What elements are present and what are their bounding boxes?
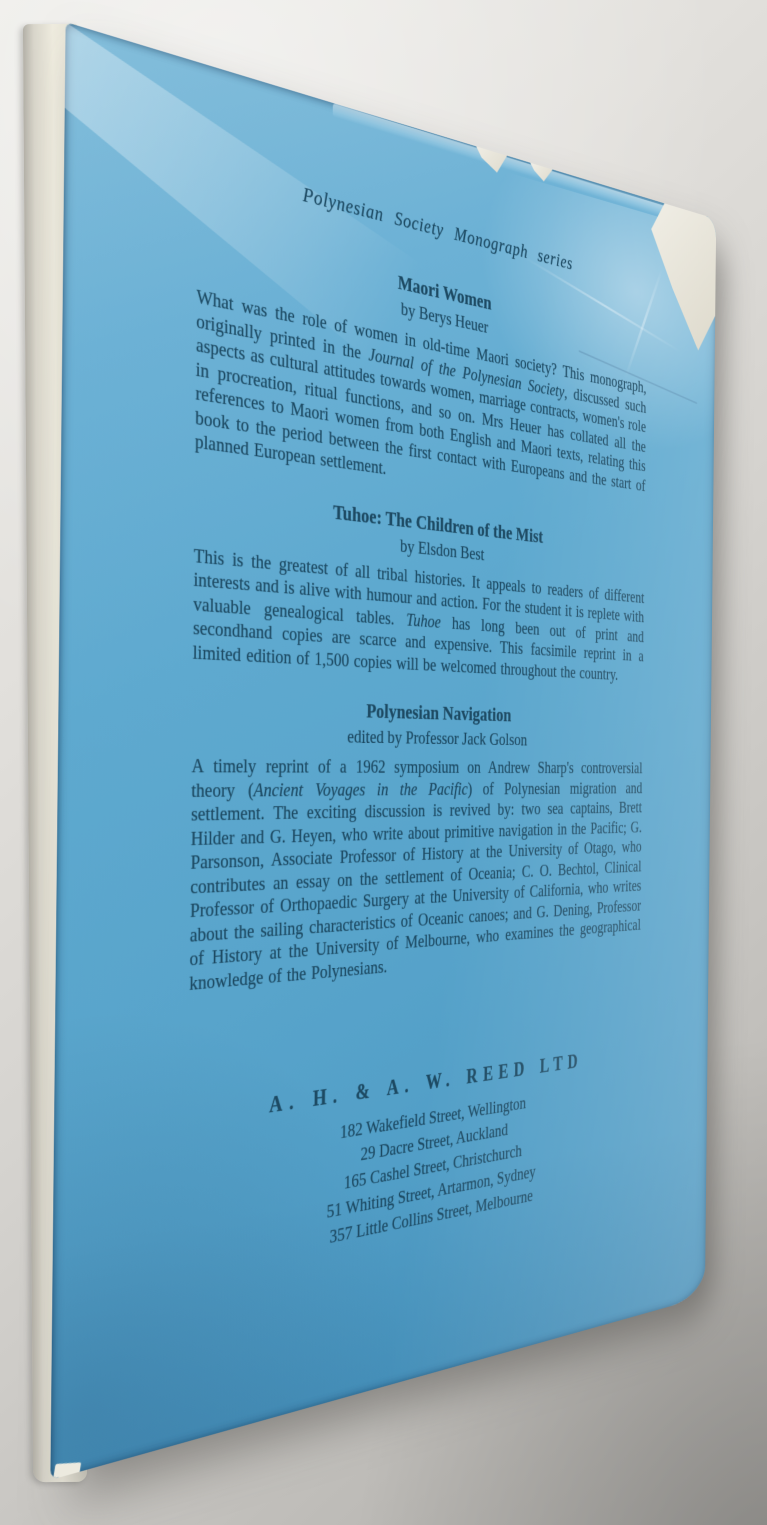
text-run: ) of Polynesian migration and settlement… [189,777,642,994]
italic-run: Ancient Voyages in the Pacific [253,777,467,800]
publisher-block: A. H. & A. W. REED LTD 182 Wakefield Str… [186,1042,639,1279]
monograph-section: Polynesian Navigation edited by Professo… [189,694,643,995]
jacket-text: Polynesian Society Monograph series Maor… [50,22,716,1480]
photo-backdrop: Polynesian Society Monograph series Maor… [0,0,767,1525]
dust-jacket: Polynesian Society Monograph series Maor… [50,22,716,1480]
section-body: A timely reprint of a 1962 symposium on … [189,753,642,994]
italic-run: Tuhoe [406,608,441,632]
monograph-section: Tuhoe: The Children of the Mist by Elsdo… [193,483,645,685]
